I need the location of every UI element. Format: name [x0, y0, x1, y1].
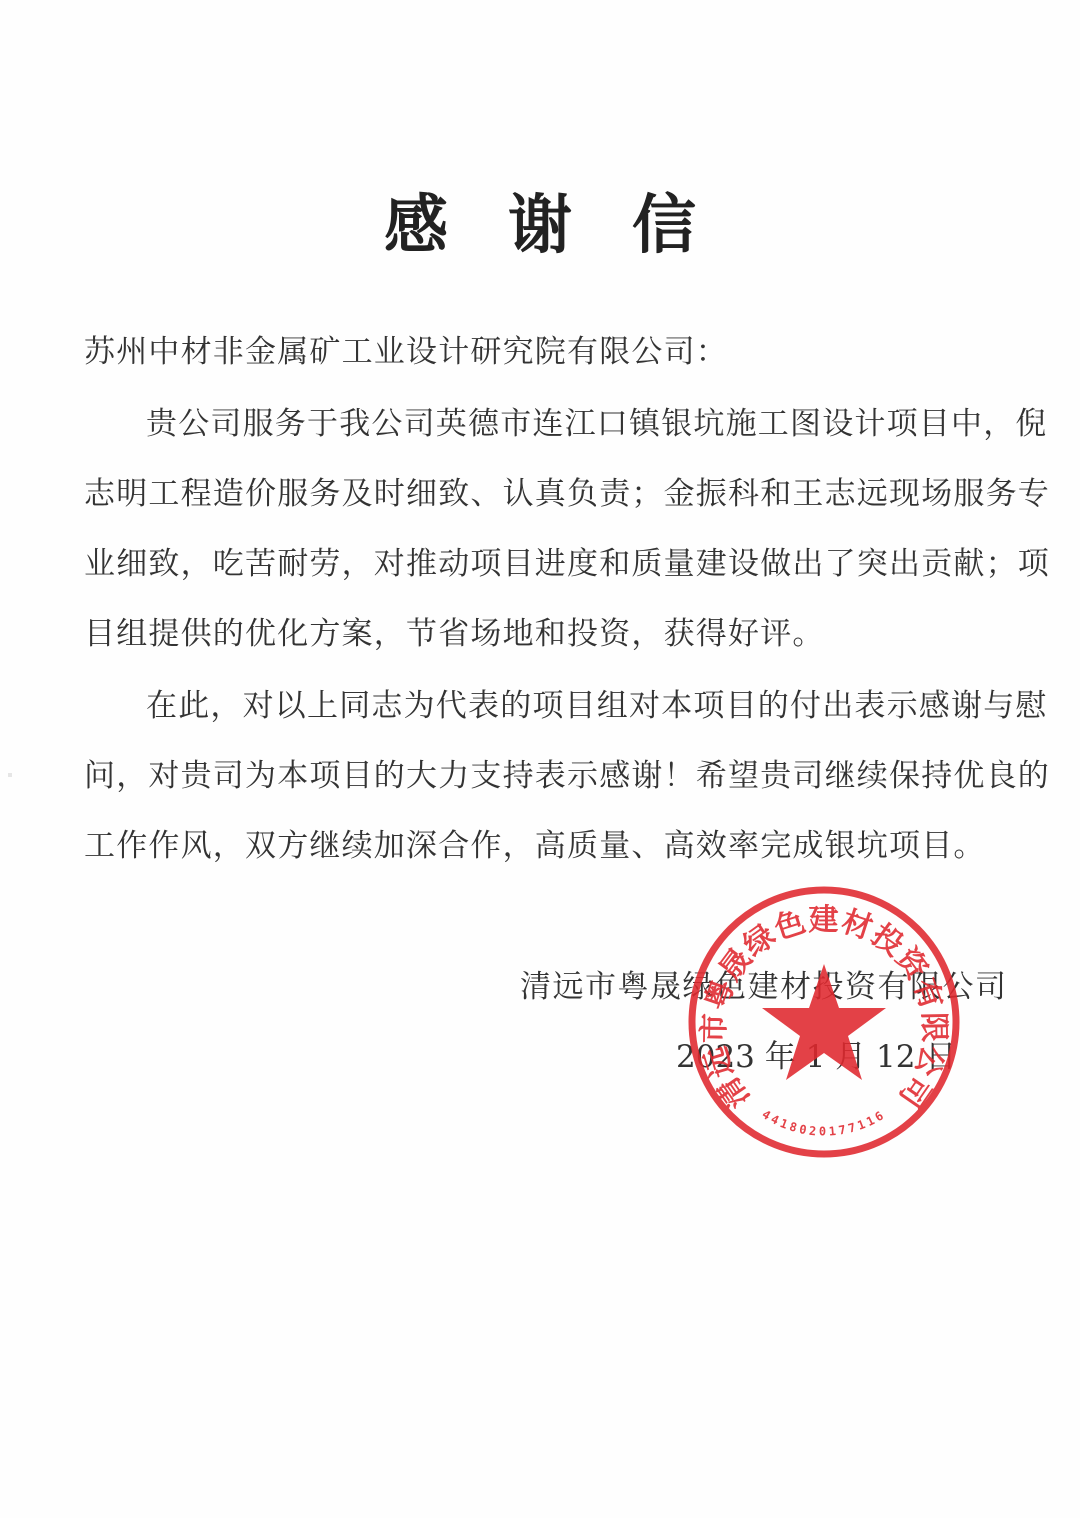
company-seal: 清远市粤晟绿色建材投资有限公司 4418020177116	[684, 882, 964, 1162]
salutation: 苏州中材非金属矿工业设计研究院有限公司：	[84, 332, 1024, 372]
seal-number: 4418020177116	[760, 1107, 889, 1139]
letter-page: 感谢信 苏州中材非金属矿工业设计研究院有限公司： 贵公司服务于我公司英德市连江口…	[0, 0, 1080, 1518]
paragraph-line: 业细致，吃苦耐劳，对推动项目进度和质量建设做出了突出贡献；项	[84, 544, 1024, 584]
letter-title: 感谢信	[0, 188, 1080, 264]
scan-speck	[8, 773, 12, 777]
paragraph-line: 志明工程造价服务及时细致、认真负责；金振科和王志远现场服务专	[84, 474, 1024, 514]
paragraph-line: 目组提供的优化方案，节省场地和投资，获得好评。	[84, 614, 1024, 654]
paragraph-line: 贵公司服务于我公司英德市连江口镇银坑施工图设计项目中，倪	[146, 404, 1080, 444]
star-icon	[762, 964, 886, 1080]
paragraph-line: 问，对贵司为本项目的大力支持表示感谢！希望贵司继续保持优良的	[84, 756, 1024, 796]
paragraph-line: 工作作风，双方继续加深合作，高质量、高效率完成银坑项目。	[84, 826, 1024, 866]
paragraph-line: 在此，对以上同志为代表的项目组对本项目的付出表示感谢与慰	[146, 686, 1080, 726]
svg-text:4418020177116: 4418020177116	[760, 1107, 889, 1139]
